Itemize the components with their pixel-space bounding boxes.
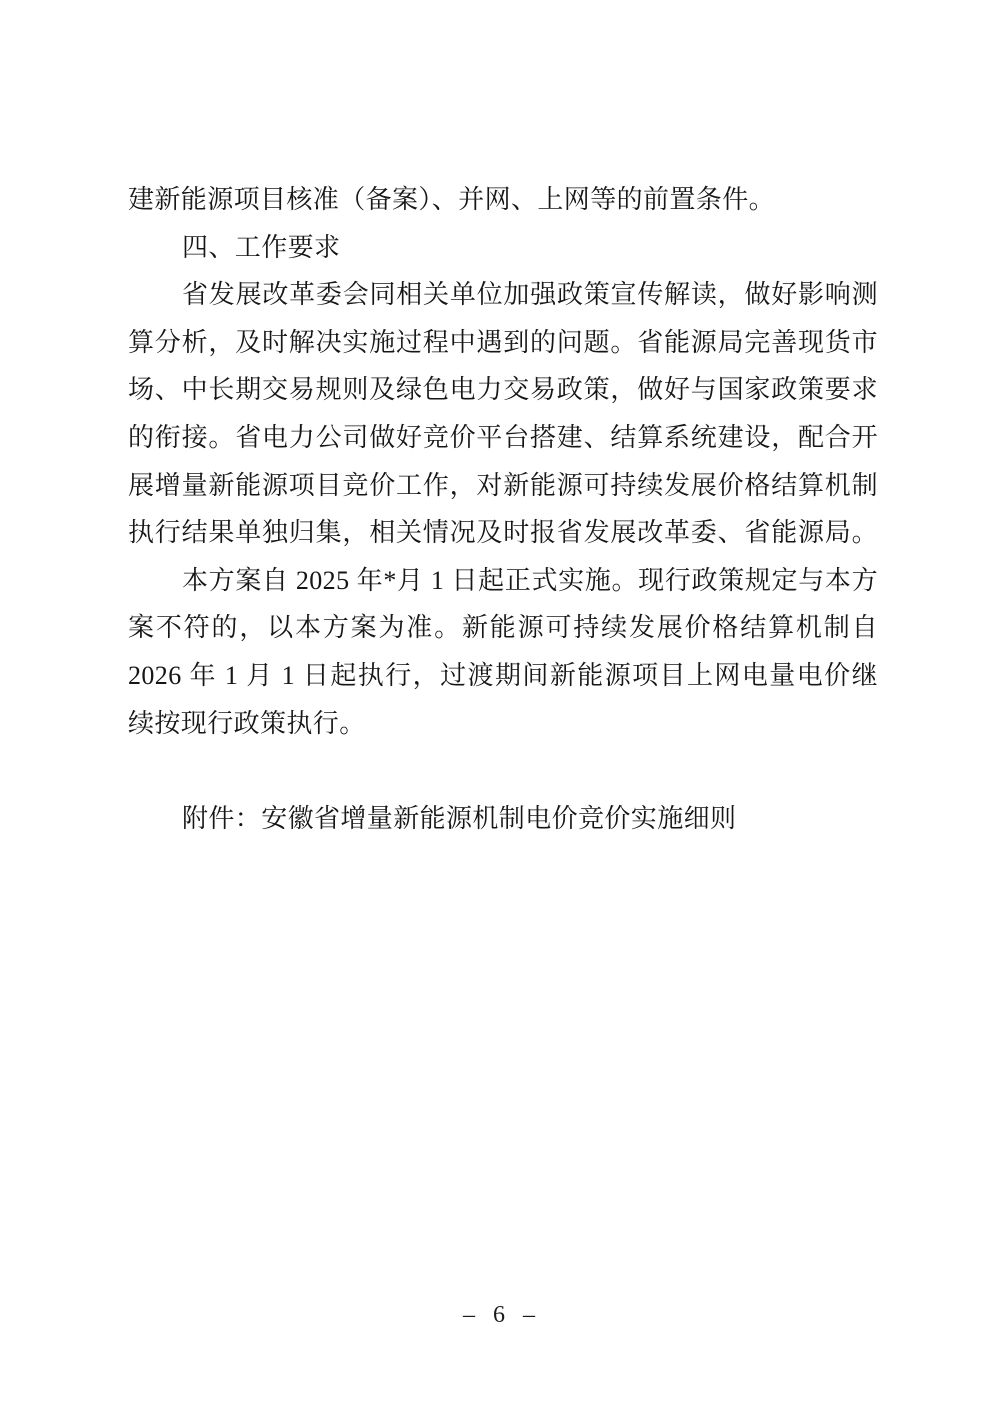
text-line: 执行结果单独归集，相关情况及时报省发展改革委、省能源局。 xyxy=(128,509,878,557)
text-line: 建新能源项目核准（备案）、并网、上网等的前置条件。 xyxy=(128,176,878,224)
text-line: 案不符的，以本方案为准。新能源可持续发展价格结算机制自 xyxy=(128,604,878,652)
text-line: 本方案自 2025 年*月 1 日起正式实施。现行政策规定与本方 xyxy=(128,557,878,605)
text-line: 算分析，及时解决实施过程中遇到的问题。省能源局完善现货市 xyxy=(128,319,878,367)
text-line: 场、中长期交易规则及绿色电力交易政策，做好与国家政策要求 xyxy=(128,366,878,414)
text-line: 2026 年 1 月 1 日起执行，过渡期间新能源项目上网电量电价继 xyxy=(128,652,878,700)
text-line: 省发展改革委会同相关单位加强政策宣传解读，做好影响测 xyxy=(128,271,878,319)
text-line: 展增量新能源项目竞价工作，对新能源可持续发展价格结算机制 xyxy=(128,462,878,510)
text-line: 附件：安徽省增量新能源机制电价竞价实施细则 xyxy=(128,795,878,843)
text-line: 四、工作要求 xyxy=(128,224,878,272)
document-page: 建新能源项目核准（备案）、并网、上网等的前置条件。四、工作要求省发展改革委会同相… xyxy=(0,0,1000,1414)
document-body: 建新能源项目核准（备案）、并网、上网等的前置条件。四、工作要求省发展改革委会同相… xyxy=(128,176,878,842)
text-line: 续按现行政策执行。 xyxy=(128,700,878,748)
text-line xyxy=(128,747,878,795)
page-number: – 6 – xyxy=(0,1302,1000,1329)
text-line: 的衔接。省电力公司做好竞价平台搭建、结算系统建设，配合开 xyxy=(128,414,878,462)
